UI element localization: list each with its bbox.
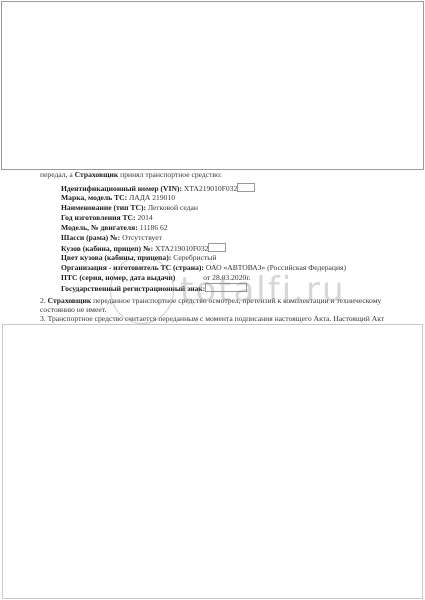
field-pts: ПТС (серия, номер, дата выдачи) от 28.03… [61, 273, 250, 283]
redacted-box [205, 283, 247, 292]
intro-prefix: передал, а [40, 170, 75, 179]
field-label: Цвет кузова (кабины, прицепа): [61, 253, 171, 262]
field-engine: Модель, № двигателя: 11186 62 [61, 223, 168, 233]
field-label: Марка, модель ТС: [61, 193, 127, 202]
redaction-box-bottom [2, 324, 423, 599]
field-label: Организация - изготовитель ТС (страна): [61, 263, 204, 272]
field-label: Шасси (рама) №: [61, 233, 120, 242]
field-label: Государственный регистрационный знак: [61, 284, 205, 293]
field-label: Модель, № двигателя: [61, 223, 138, 232]
field-label: Наименование (тип ТС): [61, 203, 146, 212]
field-value: XTA219010F032 [184, 184, 237, 193]
para-insurer: Страховщик [48, 296, 92, 305]
field-manufacturer: Организация - изготовитель ТС (страна): … [61, 263, 346, 273]
field-chassis: Шасси (рама) №: Отсутствует [61, 233, 162, 243]
redacted-box [208, 243, 226, 252]
field-value: 11186 62 [140, 223, 168, 232]
field-label: Идентификационный номер (VIN): [61, 184, 182, 193]
intro-line: передал, а Страховщик принял транспортно… [40, 170, 222, 180]
para-text: переданное транспортное средство осмотре… [91, 296, 381, 305]
para-number: 2. [40, 296, 48, 305]
field-value: Серебристый [173, 253, 216, 262]
para-text: состоянию не имеет. [40, 305, 106, 314]
field-make-model: Марка, модель ТС: ЛАДА 219010 [61, 193, 175, 203]
field-value: Легковой седан [148, 203, 198, 212]
redaction-box-top [1, 1, 424, 170]
redacted-box [237, 183, 255, 192]
field-label: Год изготовления ТС: [61, 213, 136, 222]
field-value: 2014 [137, 213, 152, 222]
field-label: ПТС (серия, номер, дата выдачи) [61, 273, 175, 282]
field-value: XTA219010F032 [155, 244, 208, 253]
field-plate: Государственный регистрационный знак: [61, 283, 247, 294]
field-value: от 28.03.2020г. [203, 273, 250, 282]
intro-suffix: принял транспортное средство: [118, 170, 222, 179]
field-type: Наименование (тип ТС): Легковой седан [61, 203, 198, 213]
field-value: ЛАДА 219010 [129, 193, 175, 202]
field-value: ОАО «АВТОВАЗ» (Российская Федерация) [206, 263, 346, 272]
field-value: Отсутствует [122, 233, 162, 242]
field-color: Цвет кузова (кабины, прицепа): Серебрист… [61, 253, 216, 263]
field-year: Год изготовления ТС: 2014 [61, 213, 153, 223]
field-label: Кузов (кабина, прицеп) №: [61, 244, 153, 253]
intro-insurer: Страховщик [75, 170, 119, 179]
